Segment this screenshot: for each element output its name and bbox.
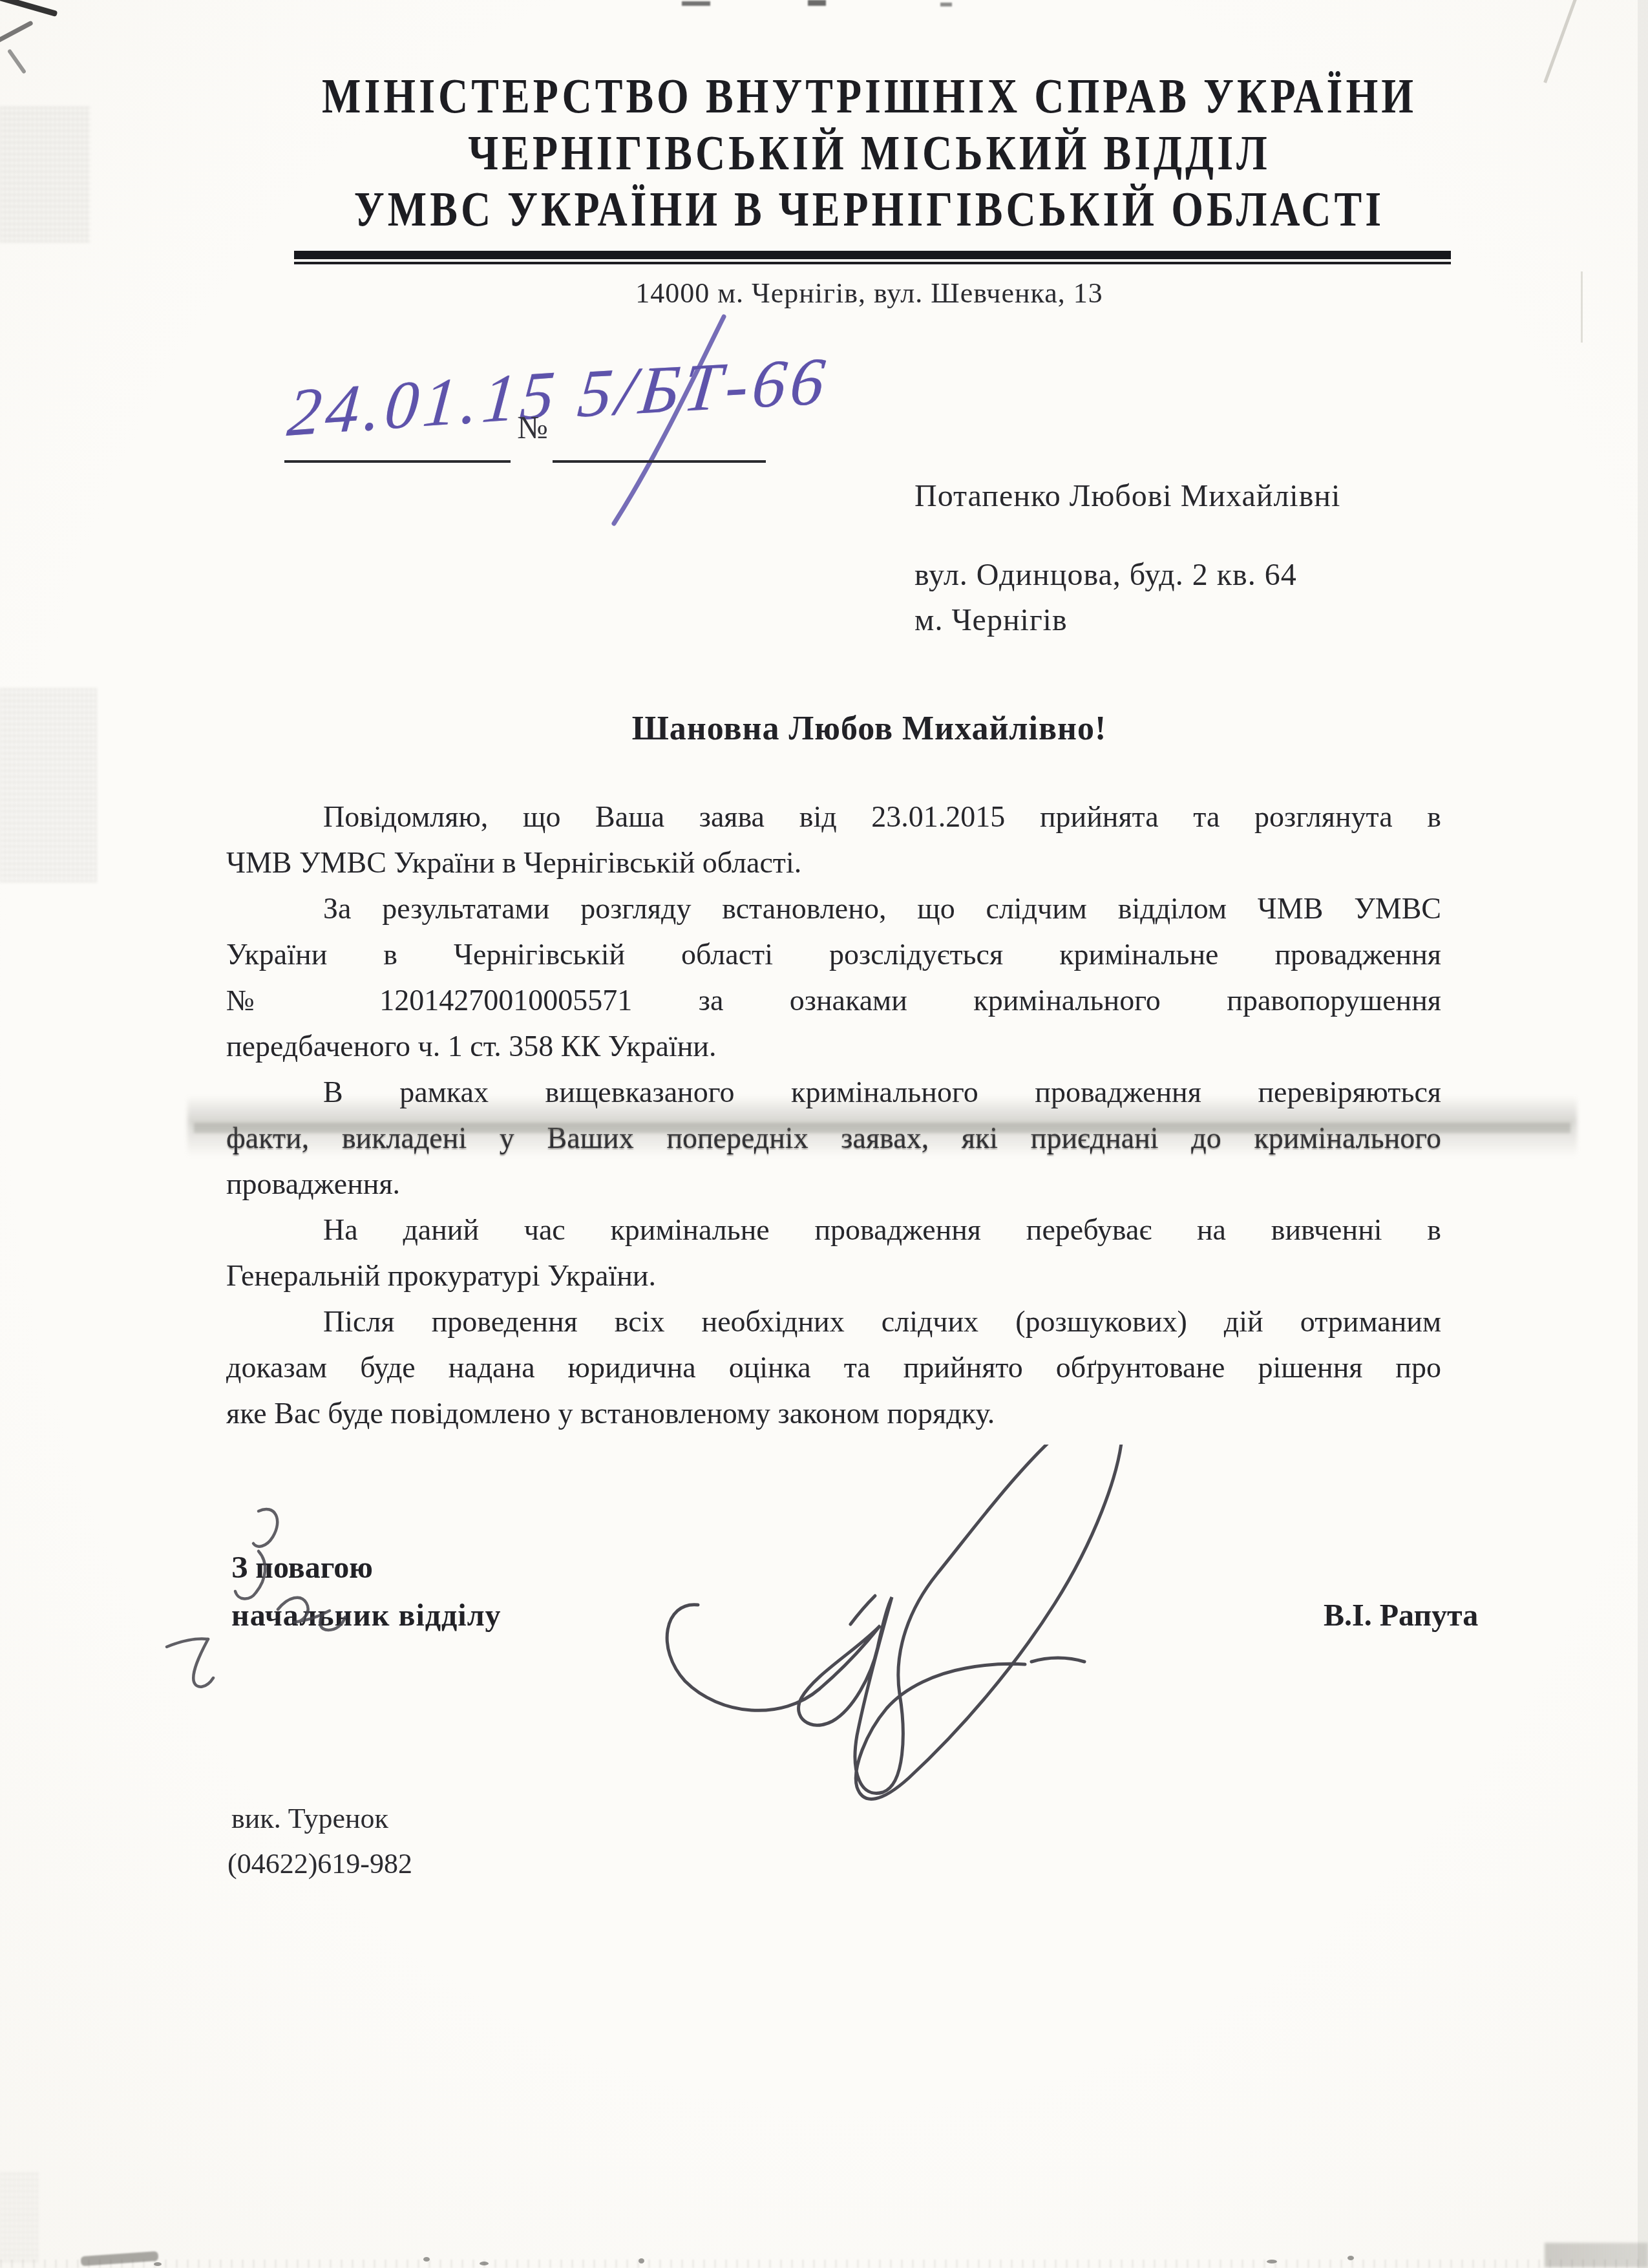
handwritten-outgoing-number: 5/БТ-66 bbox=[575, 342, 833, 432]
scan-speck-top bbox=[682, 1, 710, 6]
scan-speck-top bbox=[940, 3, 952, 6]
scan-speck-bottom bbox=[1267, 2260, 1277, 2263]
scanned-letter-page: МІНІСТЕРСТВО ВНУТРІШНІХ СПРАВ УКРАЇНИ ЧЕ… bbox=[0, 0, 1648, 2268]
scan-streak-top-left bbox=[0, 20, 34, 43]
body-line: Генеральній прокуратурі України. bbox=[226, 1253, 1441, 1298]
scan-streak-top-left bbox=[0, 0, 58, 17]
addressee-name: Потапенко Любові Михайлівні bbox=[914, 478, 1340, 514]
divider-thick-rule bbox=[294, 251, 1451, 259]
body-line: передбаченого ч. 1 ст. 358 КК України. bbox=[226, 1023, 1441, 1069]
body-line: доказам буде надана юридична оцінка та п… bbox=[226, 1344, 1441, 1390]
body-line: провадження. bbox=[226, 1161, 1441, 1207]
body-line: факти, викладені у Ваших попередніх заяв… bbox=[226, 1115, 1441, 1161]
scan-edge-shadow-right bbox=[1638, 0, 1648, 2268]
scan-speck-bottom bbox=[639, 2258, 644, 2263]
scan-noise-bottom-band bbox=[0, 2260, 1648, 2268]
signature-stroke bbox=[653, 1445, 1241, 1813]
body-line: ЧМВ УМВС України в Чернігівській області… bbox=[226, 840, 1441, 885]
addressee-city: м. Чернігів bbox=[914, 602, 1068, 638]
paragraph-3: В рамках вищевказаного кримінального про… bbox=[226, 1069, 1441, 1207]
scan-streak-top-left bbox=[7, 48, 26, 74]
letterhead: МІНІСТЕРСТВО ВНУТРІШНІХ СПРАВ УКРАЇНИ ЧЕ… bbox=[90, 69, 1648, 238]
letterhead-line-2: ЧЕРНІГІВСЬКІЙ МІСЬКИЙ ВІДДІЛ bbox=[90, 125, 1648, 181]
letterhead-divider bbox=[294, 251, 1451, 264]
scan-speck-bottom bbox=[423, 2257, 430, 2262]
body-line: Після проведення всіх необхідних слідчих… bbox=[226, 1298, 1441, 1344]
date-underline bbox=[284, 460, 511, 463]
letterhead-line-3: УМВС УКРАЇНИ В ЧЕРНІГІВСЬКІЙ ОБЛАСТІ bbox=[90, 182, 1648, 238]
salutation: Шановна Любов Михайлівно! bbox=[90, 710, 1648, 748]
body-line: України в Чернігівській області розсліду… bbox=[226, 931, 1441, 977]
addressee-street: вул. Одинцова, буд. 2 кв. 64 bbox=[914, 557, 1297, 593]
body-line: яке Вас буде повідомлено у встановленому… bbox=[226, 1390, 1441, 1436]
body-line: На даний час кримінальне провадження пер… bbox=[226, 1207, 1441, 1253]
scan-speck-bottom bbox=[480, 2262, 489, 2265]
letterhead-address: 14000 м. Чернігів, вул. Шевченка, 13 bbox=[90, 277, 1648, 310]
divider-thin-rule bbox=[294, 262, 1451, 264]
paragraph-4: На даний час кримінальне провадження пер… bbox=[226, 1207, 1441, 1298]
number-sign: № bbox=[517, 408, 548, 446]
body-line: В рамках вищевказаного кримінального про… bbox=[226, 1069, 1441, 1115]
executor-line: вик. Туренок bbox=[231, 1802, 388, 1835]
scan-speck-bottom bbox=[154, 2262, 162, 2266]
paragraph-5: Після проведення всіх необхідних слідчих… bbox=[226, 1298, 1441, 1436]
scan-noise-left-2 bbox=[0, 688, 97, 882]
letterhead-line-1: МІНІСТЕРСТВО ВНУТРІШНІХ СПРАВ УКРАЇНИ bbox=[90, 69, 1648, 125]
body-line: Повідомляю, що Ваша заява від 23.01.2015… bbox=[226, 794, 1441, 840]
scan-noise-left-1 bbox=[0, 107, 90, 242]
scan-smudge-bottom-left bbox=[81, 2251, 159, 2266]
scan-speck-top bbox=[808, 0, 826, 6]
paragraph-1: Повідомляю, що Ваша заява від 23.01.2015… bbox=[226, 794, 1441, 885]
paragraph-2: За результатами розгляду встановлено, що… bbox=[226, 885, 1441, 1069]
body-line: За результатами розгляду встановлено, що… bbox=[226, 885, 1441, 931]
body-line: № 12014270010005571 за ознаками кримінал… bbox=[226, 977, 1441, 1023]
scan-speck-bottom bbox=[1347, 2256, 1354, 2260]
signer-name: В.І. Рапута bbox=[1324, 1598, 1478, 1633]
scan-smudge-bottom-right bbox=[1545, 2243, 1648, 2267]
scan-noise-left-3 bbox=[0, 2172, 39, 2262]
number-underline bbox=[553, 460, 766, 463]
executor-phone: (04622)619-982 bbox=[227, 1847, 412, 1880]
handwritten-scribble bbox=[162, 1506, 459, 1700]
